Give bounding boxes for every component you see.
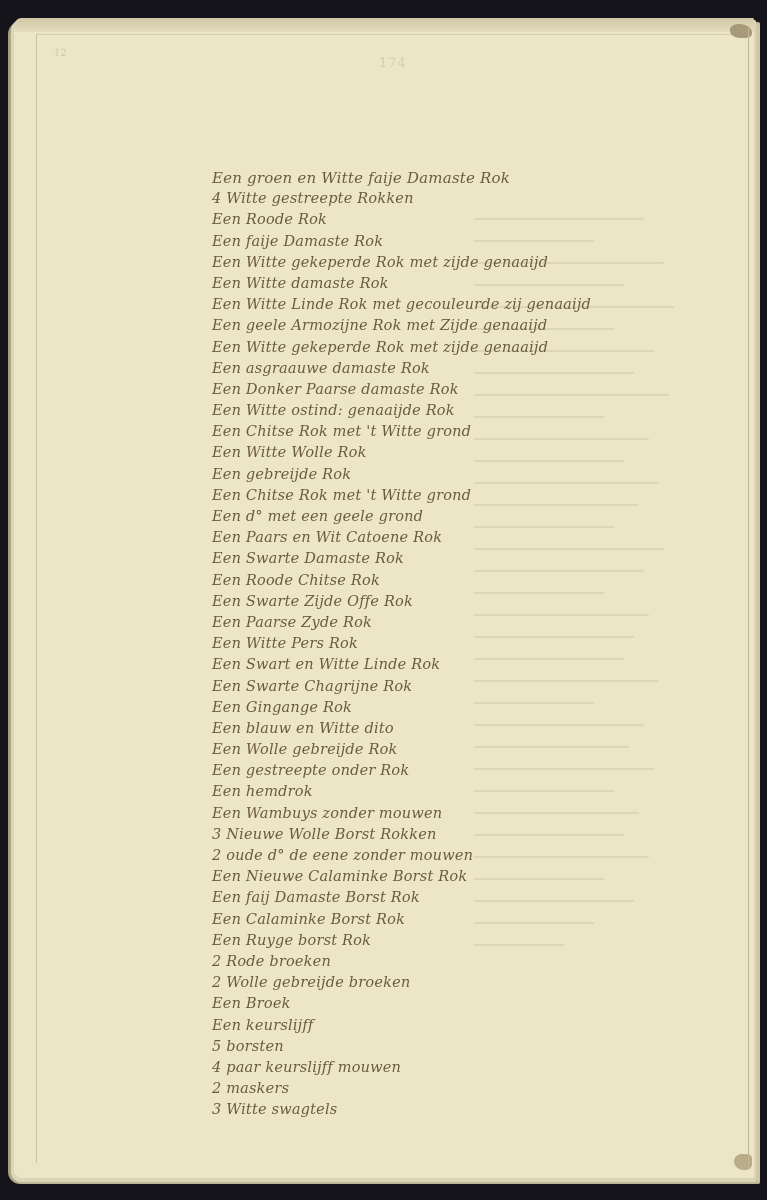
inventory-entry: Een Witte ostind: genaaijde Rok bbox=[212, 401, 632, 422]
corner-pencil-mark: 12 bbox=[54, 48, 67, 59]
inventory-entry: Een geele Armozijne Rok met Zijde genaai… bbox=[212, 316, 632, 337]
inventory-entry: Een Wolle gebreijde Rok bbox=[212, 740, 632, 761]
inventory-entry: 5 borsten bbox=[212, 1037, 632, 1058]
inventory-entry: Een groen en Witte faije Damaste Rok bbox=[212, 168, 632, 189]
inventory-list: Een groen en Witte faije Damaste Rok 4 W… bbox=[212, 168, 632, 1121]
inventory-entry: Een Witte Wolle Rok bbox=[212, 443, 632, 464]
inventory-entry: Een Ruyge borst Rok bbox=[212, 931, 632, 952]
inventory-entry: 4 Witte gestreepte Rokken bbox=[212, 189, 632, 210]
inventory-entry: Een Witte damaste Rok bbox=[212, 274, 632, 295]
inventory-entry: Een faij Damaste Borst Rok bbox=[212, 888, 632, 909]
inventory-entry: Een Gingange Rok bbox=[212, 698, 632, 719]
inventory-entry: Een Roode Chitse Rok bbox=[212, 571, 632, 592]
inventory-entry: Een faije Damaste Rok bbox=[212, 232, 632, 253]
inventory-entry: 4 paar keurslijff mouwen bbox=[212, 1058, 632, 1079]
inventory-entry: Een Witte gekeperde Rok met zijde genaai… bbox=[212, 253, 632, 274]
inventory-entry: Een gestreepte onder Rok bbox=[212, 761, 632, 782]
inventory-entry: 2 Rode broeken bbox=[212, 952, 632, 973]
inventory-entry: Een keurslijff bbox=[212, 1016, 632, 1037]
soiled-top-edge bbox=[14, 18, 754, 32]
inventory-entry: Een Swarte Damaste Rok bbox=[212, 549, 632, 570]
inventory-entry: Een hemdrok bbox=[212, 782, 632, 803]
inventory-entry: Een Witte Pers Rok bbox=[212, 634, 632, 655]
torn-corner-bottom bbox=[734, 1154, 752, 1170]
inventory-entry: Een Witte Linde Rok met gecouleurde zij … bbox=[212, 295, 632, 316]
folio-number: 174 bbox=[379, 56, 407, 71]
inventory-entry: Een blauw en Witte dito bbox=[212, 719, 632, 740]
inventory-entry: Een Broek bbox=[212, 994, 632, 1015]
inventory-entry: Een Calaminke Borst Rok bbox=[212, 910, 632, 931]
inventory-entry: 3 Witte swagtels bbox=[212, 1100, 632, 1121]
inventory-entry: Een Chitse Rok met 't Witte grond bbox=[212, 486, 632, 507]
document-scan: 12 174 bbox=[0, 0, 767, 1200]
inventory-entry: Een Paars en Wit Catoene Rok bbox=[212, 528, 632, 549]
torn-corner-top bbox=[730, 24, 752, 38]
inventory-entry: Een Nieuwe Calaminke Borst Rok bbox=[212, 867, 632, 888]
inventory-entry: Een gebreijde Rok bbox=[212, 465, 632, 486]
inventory-entry: Een Wambuys zonder mouwen bbox=[212, 804, 632, 825]
inventory-entry: Een Swart en Witte Linde Rok bbox=[212, 655, 632, 676]
inventory-entry: 2 Wolle gebreijde broeken bbox=[212, 973, 632, 994]
inventory-entry: Een Chitse Rok met 't Witte grond bbox=[212, 422, 632, 443]
manuscript-page: 12 174 bbox=[14, 18, 754, 1178]
inventory-entry: 2 maskers bbox=[212, 1079, 632, 1100]
inventory-entry: Een Swarte Zijde Offe Rok bbox=[212, 592, 632, 613]
inventory-entry: Een d° met een geele grond bbox=[212, 507, 632, 528]
inventory-entry: 3 Nieuwe Wolle Borst Rokken bbox=[212, 825, 632, 846]
inventory-entry: Een Witte gekeperde Rok met zijde genaai… bbox=[212, 338, 632, 359]
inventory-entry: Een Donker Paarse damaste Rok bbox=[212, 380, 632, 401]
inventory-entry: 2 oude d° de eene zonder mouwen bbox=[212, 846, 632, 867]
inventory-entry: Een asgraauwe damaste Rok bbox=[212, 359, 632, 380]
inventory-entry: Een Swarte Chagrijne Rok bbox=[212, 677, 632, 698]
inventory-entry: Een Paarse Zyde Rok bbox=[212, 613, 632, 634]
inventory-entry: Een Roode Rok bbox=[212, 210, 632, 231]
